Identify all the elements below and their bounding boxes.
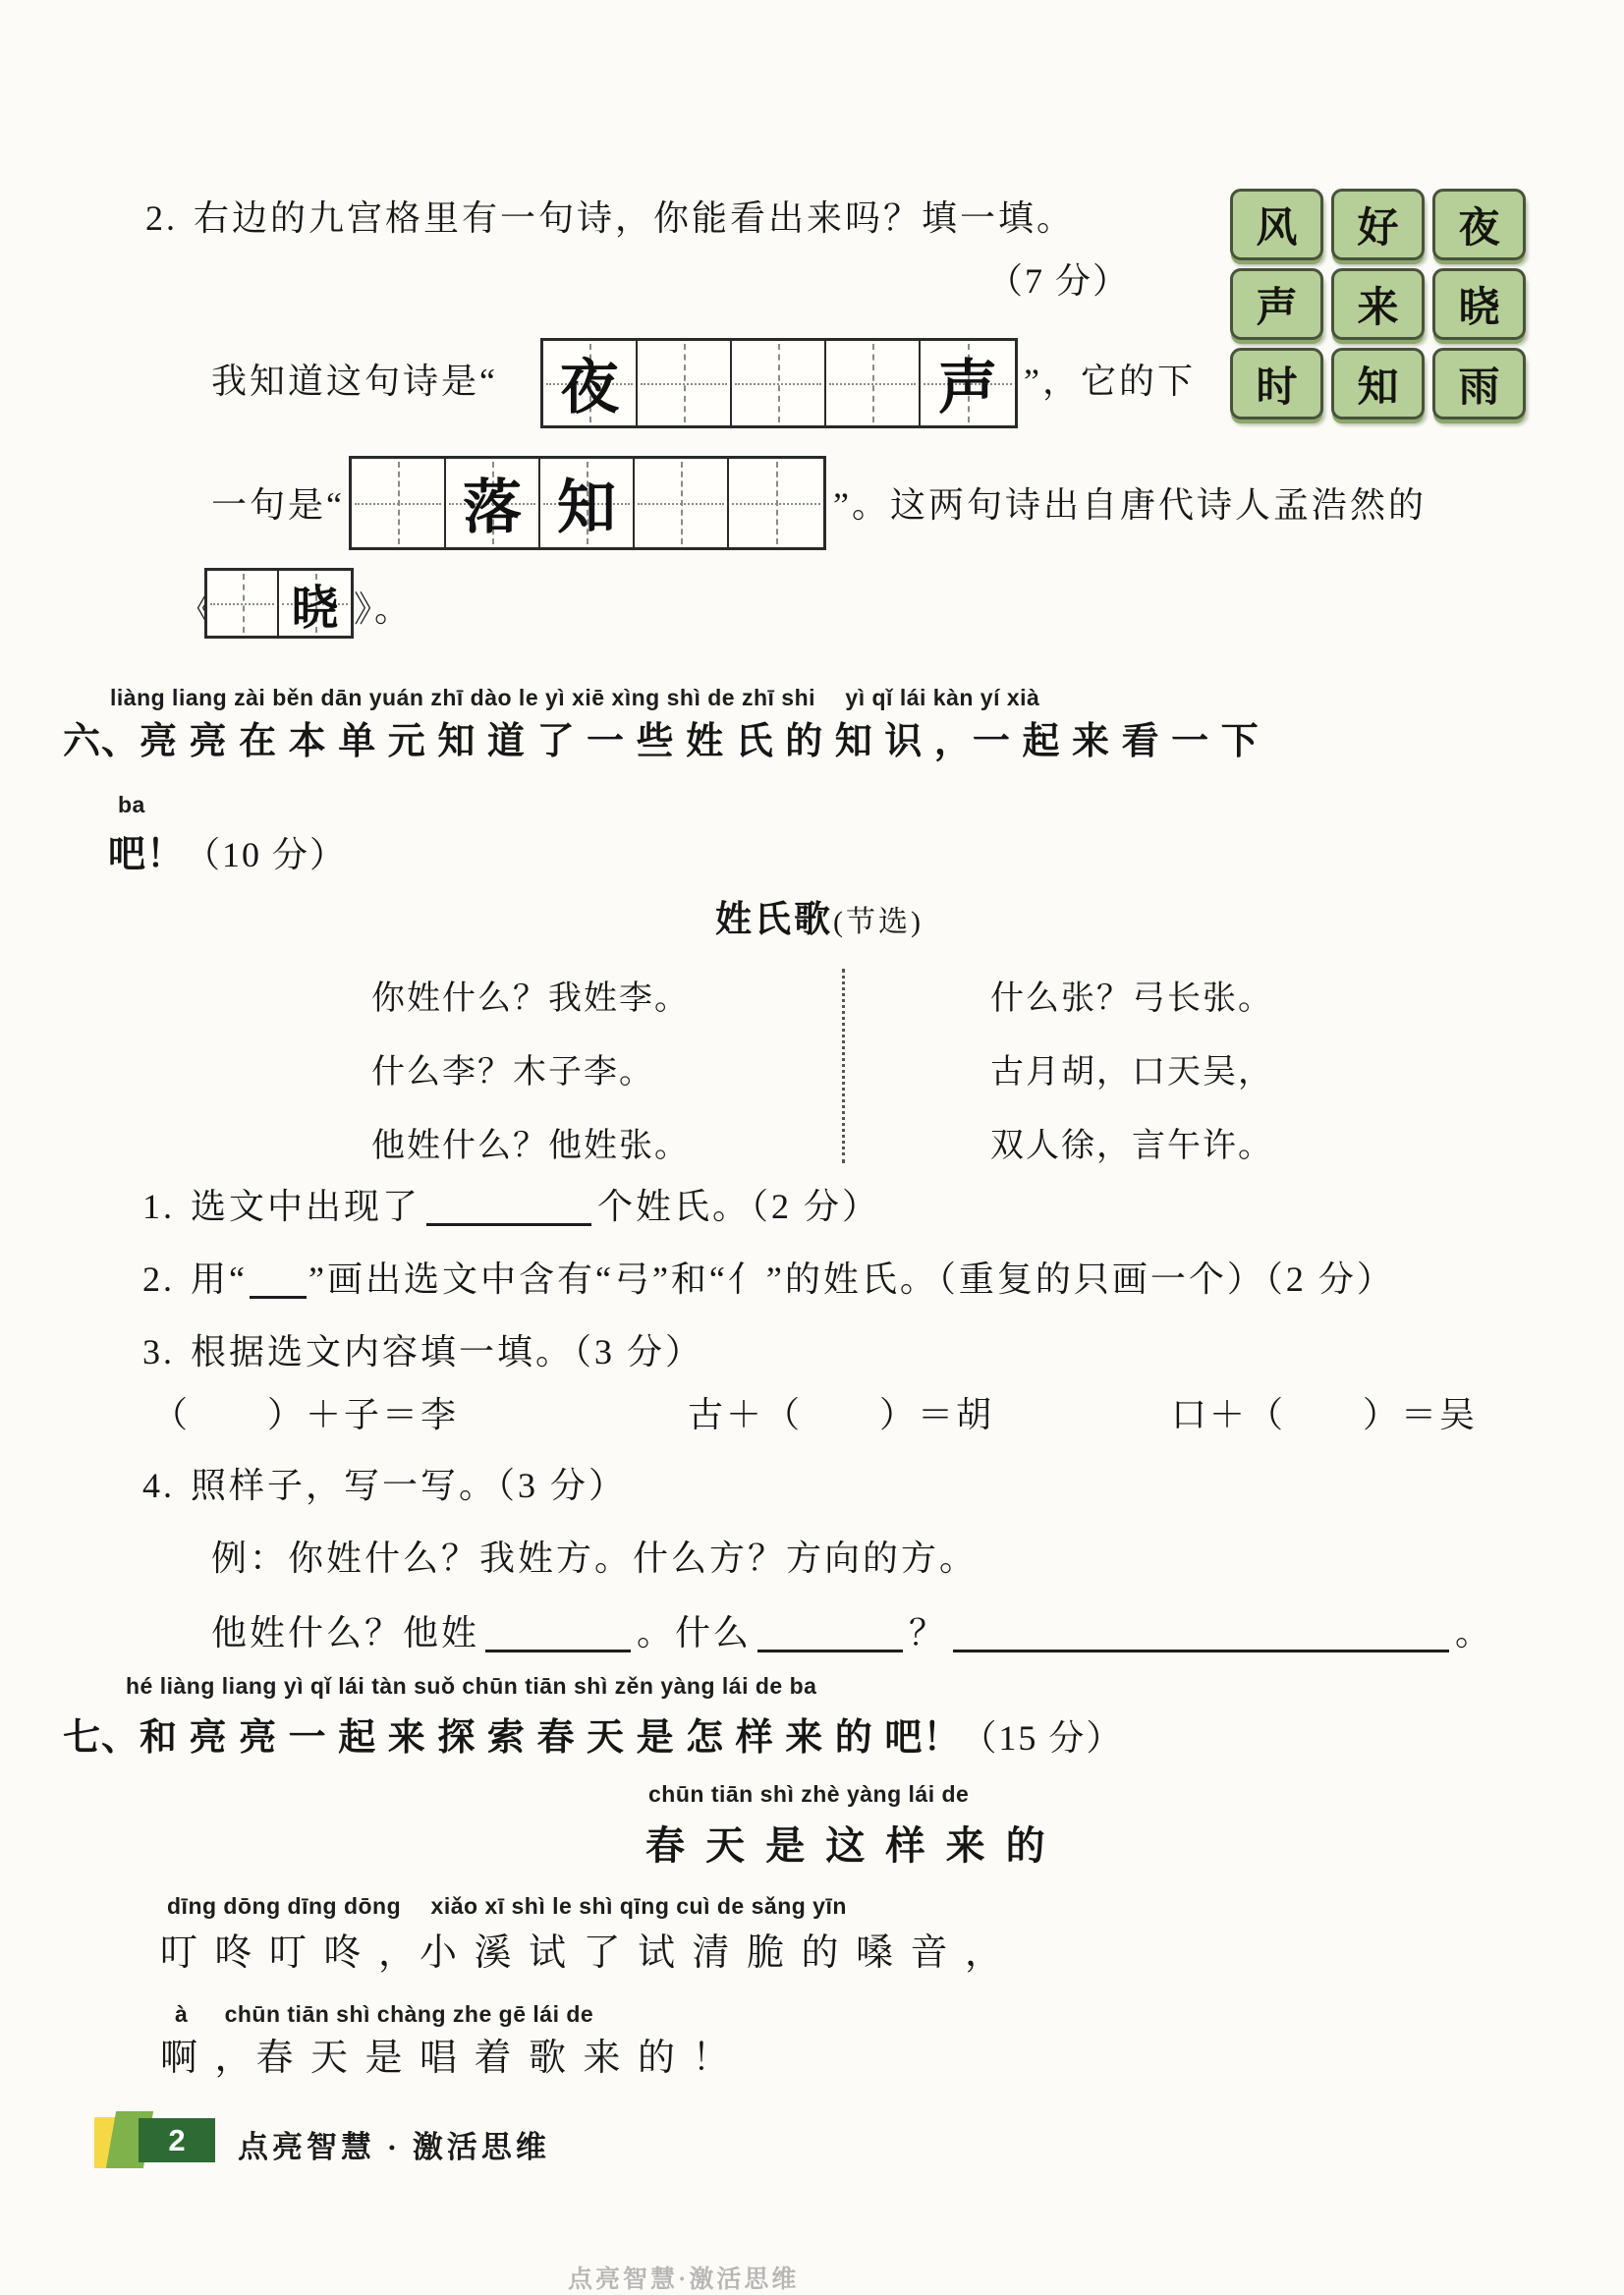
passage-line2: 啊 ，春 天 是 唱 着 歌 来 的 ！ <box>160 2027 734 2081</box>
poem-title: 姓氏歌 <box>715 900 833 940</box>
answer-line2-pre: 一句是“ <box>211 477 345 528</box>
writing-cell <box>826 341 921 425</box>
answer-line3-post: 》。 <box>354 582 413 632</box>
poem-title-suffix: (节选) <box>833 906 924 938</box>
subq3-fill2: 古＋（ ）＝胡 <box>688 1387 994 1437</box>
nine-grid-tile: 来 <box>1331 268 1425 340</box>
section7-score: （15 分） <box>961 1718 1123 1758</box>
writing-cell-char: 落 <box>463 461 522 545</box>
subq3-line: 3.根据选文内容填一填。（3 分） <box>142 1324 703 1374</box>
subq1-blank <box>426 1194 591 1226</box>
poem-right-line3: 双人徐，言午许。 <box>990 1118 1273 1166</box>
passage-line2-pinyin: à chūn tiān shì chàng zhe gē lái de <box>175 1996 593 2029</box>
subq1-post: 个姓氏。（2 分） <box>597 1187 880 1226</box>
footer-slogan: 点亮智慧 · 激活思维 <box>238 2122 550 2166</box>
subq4-pre: 他姓什么？他姓 <box>211 1613 479 1652</box>
subq2-post: ”画出选文中含有“弓”和“亻”的姓氏。（重复的只画一个）（2 分） <box>308 1259 1395 1299</box>
subq2-pre: 用“ <box>191 1259 248 1299</box>
subq4-blank3 <box>953 1620 1449 1652</box>
worksheet-page: 2.右边的九宫格里有一句诗，你能看出来吗？填一填。 （7 分） 风 好 夜 声 … <box>0 0 1624 2295</box>
poem-right-line1: 什么张？弓长张。 <box>990 971 1273 1019</box>
writing-boxes-row3: 晓 <box>204 568 354 639</box>
subq4-line: 4.照样子，写一写。（3 分） <box>142 1458 627 1508</box>
nine-grid-tile: 风 <box>1230 189 1323 260</box>
subq4-end: 。 <box>1455 1613 1493 1652</box>
writing-cell: 夜 <box>543 341 638 425</box>
writing-cell: 声 <box>921 341 1015 425</box>
section6-heading2: 吧！ <box>108 834 185 875</box>
subq2-blank <box>250 1266 307 1299</box>
question2-score: （7 分） <box>987 253 1130 304</box>
writing-cell <box>352 459 446 547</box>
question2-line: 2.右边的九宫格里有一句诗，你能看出来吗？填一填。 <box>145 191 1075 241</box>
subq4-blank1 <box>485 1620 631 1652</box>
subq1-pre: 选文中出现了 <box>191 1187 420 1226</box>
writing-cell-char: 夜 <box>560 341 619 425</box>
subq4-question-mark: ？ <box>909 1613 947 1652</box>
passage-line1: 叮 咚 叮 咚 ，小 溪 试 了 试 清 脆 的 嗓 音 ， <box>160 1922 1006 1976</box>
writing-cell <box>729 459 823 547</box>
section6-heading: 六、亮 亮 在 本 单 元 知 道 了 一 些 姓 氏 的 知 识 ，一 起 来… <box>63 710 1260 764</box>
subq2-number: 2. <box>142 1259 175 1299</box>
answer-line1-post: ”，它的下 <box>1024 354 1196 404</box>
poem-column-divider <box>842 969 845 1163</box>
subq4-text: 照样子，写一写。（3 分） <box>191 1466 627 1505</box>
section6-score: （10 分） <box>185 835 347 874</box>
subq4-blank2 <box>757 1620 903 1652</box>
subq4-number: 4. <box>142 1466 175 1505</box>
nine-grid-tile: 晓 <box>1432 268 1526 340</box>
subq4-mid: 。什么 <box>637 1613 752 1652</box>
subq1-number: 1. <box>142 1187 175 1226</box>
writing-cell-char: 晓 <box>291 570 338 638</box>
nine-grid-tile: 夜 <box>1432 189 1526 260</box>
subq4-example: 例：你姓什么？我姓方。什么方？方向的方。 <box>211 1531 978 1581</box>
nine-grid-tile: 雨 <box>1432 348 1526 420</box>
writing-cell: 晓 <box>279 571 351 636</box>
nine-grid-tile: 时 <box>1230 348 1323 420</box>
subq3-fill1: （ ）＋子＝李 <box>152 1387 459 1437</box>
subq2-line: 2.用“”画出选文中含有“弓”和“亻”的姓氏。（重复的只画一个）（2 分） <box>142 1252 1395 1302</box>
section7-heading: 七、和 亮 亮 一 起 来 探 索 春 天 是 怎 样 来 的 吧！ <box>63 1717 961 1759</box>
nine-grid-puzzle: 风 好 夜 声 来 晓 时 知 雨 <box>1230 189 1526 420</box>
nine-grid-tile: 好 <box>1331 189 1425 260</box>
passage-line1-pinyin: dīng dōng dīng dōng xiǎo xī shì le shì q… <box>167 1888 847 1921</box>
poem-right-line2: 古月胡，口天吴， <box>990 1044 1273 1092</box>
passage-title: 春 天 是 这 样 来 的 <box>645 1815 1050 1871</box>
writing-cell <box>638 341 732 425</box>
question2-number: 2. <box>145 198 178 238</box>
writing-cell <box>207 571 279 636</box>
nine-grid-tile: 声 <box>1230 268 1323 340</box>
subq3-text: 根据选文内容填一填。（3 分） <box>191 1332 703 1371</box>
writing-cell-char: 知 <box>557 461 616 545</box>
nine-grid-tile: 知 <box>1331 348 1425 420</box>
writing-boxes-row1: 夜 声 <box>540 338 1018 428</box>
writing-cell-char: 声 <box>938 341 997 425</box>
writing-boxes-row2: 落 知 <box>349 456 826 550</box>
subq1-line: 1.选文中出现了个姓氏。（2 分） <box>142 1179 880 1229</box>
bleed-through-text: 点亮智慧·激活思维 <box>568 2260 799 2295</box>
answer-line1-pre: 我知道这句诗是“ <box>211 354 498 404</box>
poem-left-line1: 你姓什么？我姓李。 <box>371 971 690 1019</box>
writing-cell: 知 <box>540 459 635 547</box>
poem-left-line3: 他姓什么？他姓张。 <box>371 1118 690 1166</box>
passage-title-pinyin: chūn tiān shì zhè yàng lái de <box>648 1781 969 1808</box>
question2-prompt: 右边的九宫格里有一句诗，你能看出来吗？填一填。 <box>194 198 1075 238</box>
section7-pinyin: hé liàng liang yì qǐ lái tàn suǒ chūn ti… <box>126 1673 816 1700</box>
writing-cell <box>635 459 729 547</box>
page-number-badge: 2 <box>139 2118 215 2162</box>
answer-line2-post: ”。这两句诗出自唐代诗人孟浩然的 <box>833 477 1427 528</box>
section6-heading2-pinyin: ba <box>118 792 145 818</box>
writing-cell <box>732 341 826 425</box>
writing-cell: 落 <box>446 459 540 547</box>
section6-pinyin: liàng liang zài běn dān yuán zhī dào le … <box>110 680 1039 712</box>
subq3-number: 3. <box>142 1332 175 1371</box>
subq4-fill-line: 他姓什么？他姓。什么？。 <box>211 1605 1493 1655</box>
subq3-fill3: 口＋（ ）＝吴 <box>1171 1387 1478 1437</box>
poem-left-line2: 什么李？木子李。 <box>371 1044 654 1092</box>
